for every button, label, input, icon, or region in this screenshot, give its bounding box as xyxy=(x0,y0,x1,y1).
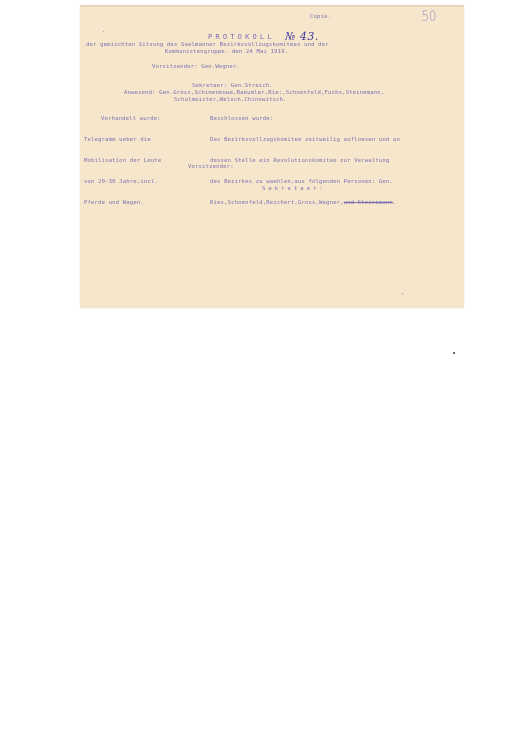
resolved-heading: Beschlossen wurde: xyxy=(210,116,273,123)
present-line-2: Schulmeister,Welsch,Chinowitsch. xyxy=(174,97,287,104)
copy-label: Copie. xyxy=(310,14,331,21)
subtitle-line-1: der gemischten Sitzung des Seelmanner Be… xyxy=(86,42,329,49)
negotiated-line: Pferde und Wagen. xyxy=(84,200,161,207)
paper-speck xyxy=(402,293,403,294)
present-line-1: Anwesend: Gen.Gross,Schimenkowa,Baeumler… xyxy=(124,90,384,97)
resolved-line: dessen Stelle ein Revolutionskomitee zur… xyxy=(210,158,400,165)
subtitle-line-2: Kommunistengruppe. den 24 Mai 1919. xyxy=(165,49,288,56)
end-punctuation: . xyxy=(393,200,397,206)
resolved-line: des Bezirkes zu waehlen,aus folgenden Pe… xyxy=(210,179,400,186)
negotiated-line: von 20-30 Jahre,incl. xyxy=(84,179,161,186)
chairman-line: Vorsitzender: Gen.Wegner. xyxy=(152,64,240,71)
signature-secretary: Sekretaer: xyxy=(262,186,326,193)
signature-chairman: Vorsitzender: xyxy=(188,164,234,171)
document-title: PROTOKOLL xyxy=(208,34,275,41)
negotiated-heading: Verhandelt wurde: xyxy=(101,116,161,123)
page-number: 50 xyxy=(421,9,436,25)
negotiated-line: Mobilisation der Leute xyxy=(84,158,161,165)
secretary-line: Sekretaer: Gen.Streich. xyxy=(192,83,273,90)
scan-speck xyxy=(453,352,455,354)
document-page: Copie. 50 PROTOKOLL № 43. der gemischten… xyxy=(80,5,464,308)
struck-text: und Steinemann xyxy=(344,200,393,206)
resolved-line: Das Bezirksvollzugskomitee zeitweilig au… xyxy=(210,137,400,144)
paper-speck xyxy=(103,31,104,32)
resolved-body: Das Bezirksvollzugskomitee zeitweilig au… xyxy=(210,123,400,221)
resolved-line: Ries,Schoenfeld,Reichert,Gross,Wegner, xyxy=(210,200,344,206)
negotiated-body: Telegramm ueber die Mobilisation der Leu… xyxy=(84,123,161,221)
negotiated-line: Telegramm ueber die xyxy=(84,137,161,144)
resolved-line-last: Ries,Schoenfeld,Reichert,Gross,Wegner,un… xyxy=(210,200,400,207)
